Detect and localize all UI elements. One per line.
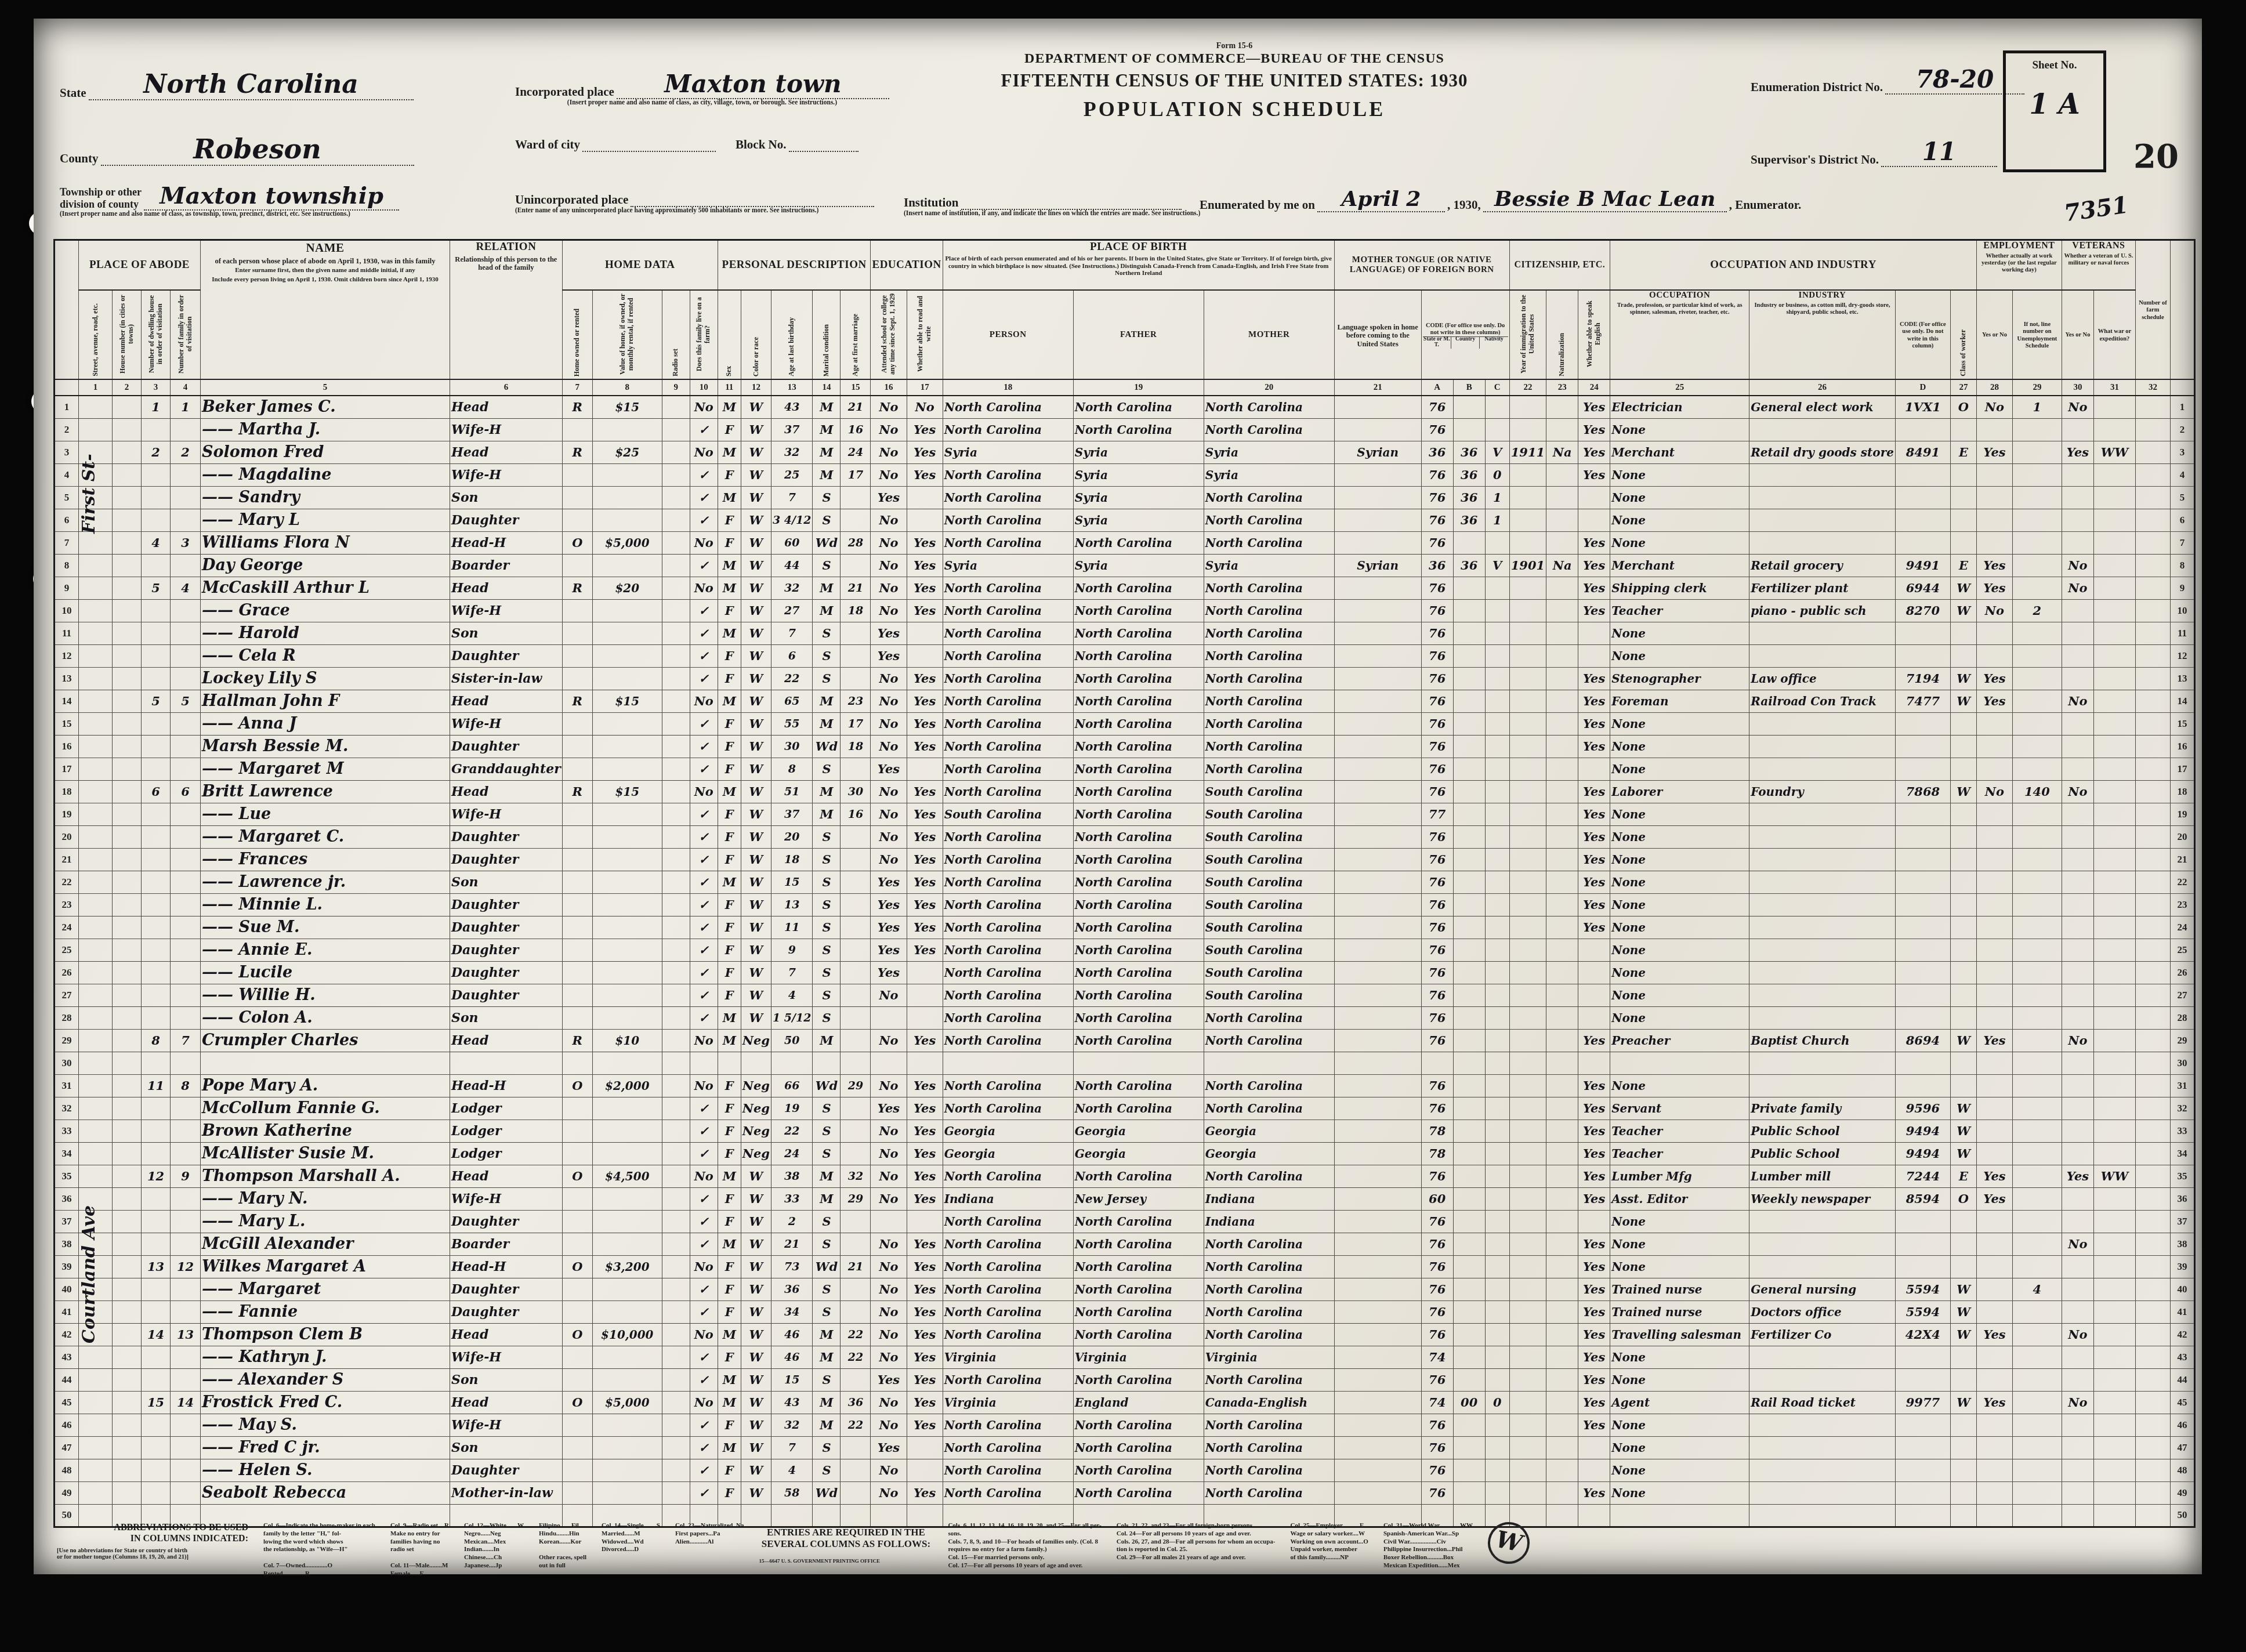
group-citizenship: CITIZENSHIP, ETC. <box>1509 240 1610 291</box>
cell-eng: Yes <box>1578 599 1610 622</box>
cell-un <box>2012 486 2062 509</box>
cell-un <box>2012 1029 2062 1052</box>
cell-name: Day George <box>201 554 450 577</box>
column-number: 5 <box>201 379 450 396</box>
cell-farm: ✓ <box>690 1300 718 1323</box>
cell-im: 1911 <box>1509 441 1546 463</box>
cell-fam <box>171 667 201 690</box>
cell-age: 36 <box>771 1278 813 1300</box>
column-number: 1 <box>79 379 113 396</box>
cell-occ: None <box>1610 735 1749 758</box>
cell-agem <box>841 1436 871 1459</box>
cell-sch: No <box>871 1414 907 1436</box>
cell-ln: 34 <box>55 1142 79 1165</box>
cell-sch: No <box>871 1120 907 1142</box>
cell-radio <box>662 848 690 871</box>
cell-aw: Yes <box>1976 554 2012 577</box>
col-radio: Radio set <box>662 290 690 379</box>
cell-sch: Yes <box>871 916 907 939</box>
cell-own: O <box>562 1323 592 1346</box>
cell-val <box>592 1120 662 1142</box>
cell-ind <box>1749 848 1896 871</box>
cell-name: —— Mary N. <box>201 1187 450 1210</box>
cell-ind <box>1749 1074 1896 1097</box>
cell-ind: Law office <box>1749 667 1896 690</box>
cell-sex: M <box>718 396 741 418</box>
cell-dw <box>142 1097 171 1120</box>
cell-mar: S <box>813 1120 841 1142</box>
sheet-number-value: 1 A <box>2006 88 2103 121</box>
cell-cc <box>1485 871 1509 893</box>
cell-cb <box>1453 1459 1485 1481</box>
cell-war <box>2093 803 2135 825</box>
cell-rw: Yes <box>907 1346 943 1368</box>
cell-rel: Daughter <box>450 735 563 758</box>
cell-farm: No <box>690 1391 718 1414</box>
cell-cw <box>1950 735 1976 758</box>
cell-dw <box>142 825 171 848</box>
cell-cb <box>1453 1368 1485 1391</box>
cell-cw: W <box>1950 1120 1976 1142</box>
cell-cb <box>1453 1300 1485 1323</box>
cell-street <box>79 690 113 712</box>
column-number: 8 <box>592 379 662 396</box>
cell-house <box>113 1278 142 1300</box>
cell-pm: Syria <box>1204 463 1334 486</box>
cell-ca: 74 <box>1421 1391 1453 1414</box>
entries-col-1: Cols. 6, 11, 12, 13, 14, 16, 18, 19, 20,… <box>948 1522 1101 1570</box>
cell-farm: ✓ <box>690 1368 718 1391</box>
cell-cd <box>1895 961 1950 984</box>
cell-war <box>2093 644 2135 667</box>
cell-agem <box>841 622 871 644</box>
cell-rel: Granddaughter <box>450 758 563 780</box>
cell-val: $10 <box>592 1029 662 1052</box>
institution-note: (Insert name of institution, if any, and… <box>904 210 1200 217</box>
cell-farm: ✓ <box>690 1006 718 1029</box>
cell-war <box>2093 1323 2135 1346</box>
cell-nat <box>1546 1006 1578 1029</box>
cell-ln2: 17 <box>2170 758 2194 780</box>
cell-mar: S <box>813 554 841 577</box>
cell-sex: M <box>718 1391 741 1414</box>
cell-pf: North Carolina <box>1073 599 1204 622</box>
cell-house <box>113 486 142 509</box>
cell-farm: No <box>690 577 718 599</box>
cell-sch: No <box>871 441 907 463</box>
cell-pf: North Carolina <box>1073 758 1204 780</box>
cell-age: 24 <box>771 1142 813 1165</box>
cell-pm: South Carolina <box>1204 825 1334 848</box>
cell-rw: Yes <box>907 893 943 916</box>
cell-cc <box>1485 1074 1509 1097</box>
cell-cc: V <box>1485 554 1509 577</box>
cell-fs <box>2135 1120 2170 1142</box>
cell-war <box>2093 1346 2135 1368</box>
cell-sch: No <box>871 1165 907 1187</box>
cell-cc <box>1485 961 1509 984</box>
cell-farm: ✓ <box>690 1436 718 1459</box>
cell-pb: North Carolina <box>943 667 1073 690</box>
cell-race: W <box>741 1210 771 1233</box>
cell-rel: Daughter <box>450 1459 563 1481</box>
cell-fam <box>171 916 201 939</box>
cell-radio <box>662 396 690 418</box>
cell-farm: No <box>690 780 718 803</box>
cell-ln2: 7 <box>2170 531 2194 554</box>
cell-aw <box>1976 825 2012 848</box>
cell-cw <box>1950 509 1976 531</box>
cell-cw <box>1950 644 1976 667</box>
cell-ln: 25 <box>55 939 79 961</box>
cell-aw: No <box>1976 599 2012 622</box>
cell-name: —— Sue M. <box>201 916 450 939</box>
cell-nat <box>1546 463 1578 486</box>
cell-nat <box>1546 667 1578 690</box>
cell-occ: Teacher <box>1610 1120 1749 1142</box>
cell-rw: Yes <box>907 848 943 871</box>
cell-ca: 78 <box>1421 1120 1453 1142</box>
cell-ln: 24 <box>55 916 79 939</box>
cell-pm: South Carolina <box>1204 803 1334 825</box>
cell-occ: None <box>1610 463 1749 486</box>
cell-mt <box>1334 1120 1421 1142</box>
cell-fs <box>2135 667 2170 690</box>
cell-sch: Yes <box>871 961 907 984</box>
cell-ca: 76 <box>1421 1097 1453 1120</box>
cell-un <box>2012 531 2062 554</box>
cell-pb: Virginia <box>943 1346 1073 1368</box>
cell-cc <box>1485 1165 1509 1187</box>
cell-race: W <box>741 984 771 1006</box>
cell-war <box>2093 871 2135 893</box>
cell-rel: Wife-H <box>450 803 563 825</box>
cell-fs <box>2135 825 2170 848</box>
cell-farm: ✓ <box>690 622 718 644</box>
cell-radio <box>662 1255 690 1278</box>
cell-fs <box>2135 893 2170 916</box>
cell-dw <box>142 463 171 486</box>
cell-agem: 36 <box>841 1391 871 1414</box>
table-row: 3030 <box>55 1052 2195 1074</box>
col-age-first-marriage: Age at first marriage <box>841 290 871 379</box>
cell-age: 58 <box>771 1481 813 1504</box>
cell-cw <box>1950 531 1976 554</box>
cell-dw <box>142 871 171 893</box>
cell-sch <box>871 1052 907 1074</box>
cell-im <box>1509 463 1546 486</box>
code-a-label: State or M. T. <box>1423 337 1451 349</box>
cell-house <box>113 1300 142 1323</box>
cell-im <box>1509 1459 1546 1481</box>
cell-cw: W <box>1950 599 1976 622</box>
cell-ca: 76 <box>1421 916 1453 939</box>
col-farm-schedule: Number of farm schedule <box>2135 240 2170 380</box>
cell-ind: Private family <box>1749 1097 1896 1120</box>
cell-ln2: 19 <box>2170 803 2194 825</box>
cell-val <box>592 825 662 848</box>
cell-war <box>2093 984 2135 1006</box>
department-title: DEPARTMENT OF COMMERCE—BUREAU OF THE CEN… <box>915 51 1553 67</box>
cell-dw <box>142 486 171 509</box>
cell-age: 6 <box>771 644 813 667</box>
cell-sex: F <box>718 418 741 441</box>
cell-ln2: 3 <box>2170 441 2194 463</box>
cell-mt <box>1334 622 1421 644</box>
cell-dw <box>142 1481 171 1504</box>
cell-race: Neg <box>741 1097 771 1120</box>
cell-aw <box>1976 893 2012 916</box>
cell-ca: 76 <box>1421 463 1453 486</box>
cell-radio <box>662 825 690 848</box>
cell-aw <box>1976 916 2012 939</box>
cell-aw <box>1976 1436 2012 1459</box>
cell-sex: F <box>718 1142 741 1165</box>
cell-ca: 76 <box>1421 1481 1453 1504</box>
cell-ind: Foundry <box>1749 780 1896 803</box>
table-row: 49Seabolt RebeccaMother-in-law✓FW58WdNoY… <box>55 1481 2195 1504</box>
cell-own <box>562 984 592 1006</box>
cell-mar: M <box>813 1391 841 1414</box>
cell-occ: Lumber Mfg <box>1610 1165 1749 1187</box>
cell-sch: No <box>871 1459 907 1481</box>
cell-name: —— Frances <box>201 848 450 871</box>
cell-ind <box>1749 735 1896 758</box>
cell-race <box>741 1052 771 1074</box>
cell-sex: F <box>718 1414 741 1436</box>
cell-occ: None <box>1610 1210 1749 1233</box>
cell-house <box>113 780 142 803</box>
cell-rw <box>907 1006 943 1029</box>
cell-radio <box>662 1210 690 1233</box>
cell-rel: Daughter <box>450 1210 563 1233</box>
cell-rw: Yes <box>907 1074 943 1097</box>
cell-pf: North Carolina <box>1073 1210 1204 1233</box>
cell-farm: ✓ <box>690 486 718 509</box>
cell-race: Neg <box>741 1029 771 1052</box>
cell-vet <box>2062 418 2093 441</box>
cell-eng: Yes <box>1578 1029 1610 1052</box>
cell-nat <box>1546 803 1578 825</box>
cell-fs <box>2135 531 2170 554</box>
cell-pm: Virginia <box>1204 1346 1334 1368</box>
cell-val <box>592 939 662 961</box>
cell-cc <box>1485 1210 1509 1233</box>
cell-pm: South Carolina <box>1204 961 1334 984</box>
cell-mt <box>1334 780 1421 803</box>
cell-pb: North Carolina <box>943 1278 1073 1300</box>
cell-house <box>113 1481 142 1504</box>
cell-un <box>2012 1074 2062 1097</box>
cell-occ: None <box>1610 1074 1749 1097</box>
cell-fam <box>171 1414 201 1436</box>
cell-im <box>1509 1346 1546 1368</box>
cell-mar: S <box>813 916 841 939</box>
cell-pm: North Carolina <box>1204 396 1334 418</box>
cell-ca: 76 <box>1421 644 1453 667</box>
cell-ln: 7 <box>55 531 79 554</box>
cell-mar: S <box>813 1210 841 1233</box>
col-immigration-year: Year of immigration to the United States <box>1509 290 1546 379</box>
cell-cc <box>1485 644 1509 667</box>
cell-agem: 23 <box>841 690 871 712</box>
cell-dw: 8 <box>142 1029 171 1052</box>
cell-un <box>2012 825 2062 848</box>
cell-agem <box>841 758 871 780</box>
cell-farm: No <box>690 1029 718 1052</box>
cell-own <box>562 825 592 848</box>
cell-eng: Yes <box>1578 1187 1610 1210</box>
group-header-row: PLACE OF ABODE NAME of each person whose… <box>55 240 2195 291</box>
cell-ind: Fertilizer Co <box>1749 1323 1896 1346</box>
cell-fs <box>2135 509 2170 531</box>
column-number: 9 <box>662 379 690 396</box>
cell-mt <box>1334 1436 1421 1459</box>
sheet-number-label: Sheet No. <box>2006 59 2103 72</box>
cell-eng <box>1578 1052 1610 1074</box>
column-number: 32 <box>2135 379 2170 396</box>
cell-farm: No <box>690 396 718 418</box>
cell-nat <box>1546 848 1578 871</box>
cell-occ: None <box>1610 893 1749 916</box>
cell-rw <box>907 622 943 644</box>
cell-ca: 60 <box>1421 1187 1453 1210</box>
cell-ca <box>1421 1052 1453 1074</box>
cell-house <box>113 1052 142 1074</box>
cell-age: 22 <box>771 667 813 690</box>
table-row: 35129Thompson Marshall A.HeadO$4,500NoMW… <box>55 1165 2195 1187</box>
cell-war <box>2093 1029 2135 1052</box>
cell-radio <box>662 418 690 441</box>
cell-ln: 32 <box>55 1097 79 1120</box>
cell-pb: North Carolina <box>943 916 1073 939</box>
column-number <box>2170 379 2194 396</box>
cell-fam: 8 <box>171 1074 201 1097</box>
cell-occ: None <box>1610 961 1749 984</box>
cell-cw <box>1950 1436 1976 1459</box>
cell-house <box>113 690 142 712</box>
cell-im <box>1509 1165 1546 1187</box>
cell-un <box>2012 690 2062 712</box>
cell-age: 43 <box>771 1391 813 1414</box>
cell-occ: None <box>1610 418 1749 441</box>
cell-farm: ✓ <box>690 803 718 825</box>
cell-mar: M <box>813 463 841 486</box>
cell-name: Beker James C. <box>201 396 450 418</box>
cell-ln2: 18 <box>2170 780 2194 803</box>
cell-ca: 76 <box>1421 1210 1453 1233</box>
cell-name: —— Margaret C. <box>201 825 450 848</box>
cell-aw: Yes <box>1976 577 2012 599</box>
cell-pf: North Carolina <box>1073 1097 1204 1120</box>
cell-cb <box>1453 1187 1485 1210</box>
cell-un <box>2012 848 2062 871</box>
table-row: 47—— Fred C jr.Son✓MW7SYesNorth Carolina… <box>55 1436 2195 1459</box>
cell-ca: 76 <box>1421 667 1453 690</box>
cell-war <box>2093 1233 2135 1255</box>
cell-pf: North Carolina <box>1073 893 1204 916</box>
cell-val <box>592 622 662 644</box>
cell-val <box>592 418 662 441</box>
cell-occ: Foreman <box>1610 690 1749 712</box>
cell-fam <box>171 1368 201 1391</box>
col-school: Attended school or college any time sinc… <box>871 290 907 379</box>
cell-sex: F <box>718 984 741 1006</box>
ed-value: 78-20 <box>1916 65 1994 93</box>
written-7351: 7351 <box>2062 191 2130 227</box>
cell-cc <box>1485 690 1509 712</box>
cell-nat <box>1546 1459 1578 1481</box>
cell-val <box>592 667 662 690</box>
cell-pm: South Carolina <box>1204 848 1334 871</box>
cell-pm: North Carolina <box>1204 667 1334 690</box>
cell-un <box>2012 667 2062 690</box>
cell-street <box>79 780 113 803</box>
cell-occ: Teacher <box>1610 1142 1749 1165</box>
cell-age: 32 <box>771 577 813 599</box>
cell-rel: Lodger <box>450 1120 563 1142</box>
cell-val <box>592 1481 662 1504</box>
cell-war <box>2093 1210 2135 1233</box>
cell-un <box>2012 803 2062 825</box>
cell-own <box>562 1006 592 1029</box>
cell-rel: Wife-H <box>450 599 563 622</box>
cell-cd: 5594 <box>1895 1278 1950 1300</box>
cell-ca: 76 <box>1421 1255 1453 1278</box>
cell-rel: Head <box>450 396 563 418</box>
cell-rw <box>907 758 943 780</box>
cell-aw: Yes <box>1976 1391 2012 1414</box>
cell-un: 140 <box>2012 780 2062 803</box>
cell-im <box>1509 961 1546 984</box>
cell-name: —— Lucile <box>201 961 450 984</box>
cell-ln2: 34 <box>2170 1142 2194 1165</box>
cell-aw <box>1976 463 2012 486</box>
cell-street <box>79 622 113 644</box>
cell-vet <box>2062 1097 2093 1120</box>
cell-fs <box>2135 758 2170 780</box>
cell-race: W <box>741 1187 771 1210</box>
cell-fam <box>171 803 201 825</box>
cell-agem: 16 <box>841 803 871 825</box>
cell-un <box>2012 1210 2062 1233</box>
cell-farm: ✓ <box>690 871 718 893</box>
table-row: 2—— Martha J.Wife-H✓FW37M16NoYesNorth Ca… <box>55 418 2195 441</box>
cell-house <box>113 871 142 893</box>
cell-val <box>592 1006 662 1029</box>
cell-ln2: 5 <box>2170 486 2194 509</box>
cell-mar: S <box>813 486 841 509</box>
cell-eng <box>1578 622 1610 644</box>
cell-house <box>113 644 142 667</box>
column-number: 22 <box>1509 379 1546 396</box>
cell-ln: 8 <box>55 554 79 577</box>
cell-agem <box>841 644 871 667</box>
cell-house <box>113 599 142 622</box>
cell-radio <box>662 1391 690 1414</box>
cell-im <box>1509 1097 1546 1120</box>
cell-ind <box>1749 644 1896 667</box>
cell-rel: Lodger <box>450 1097 563 1120</box>
cell-pb: North Carolina <box>943 961 1073 984</box>
cell-ca: 76 <box>1421 1414 1453 1436</box>
cell-mar: S <box>813 871 841 893</box>
cell-vet <box>2062 1255 2093 1278</box>
table-row: 15—— Anna JWife-H✓FW55M17NoYesNorth Caro… <box>55 712 2195 735</box>
cell-un <box>2012 1233 2062 1255</box>
cell-pb: Georgia <box>943 1120 1073 1142</box>
cell-mt <box>1334 486 1421 509</box>
